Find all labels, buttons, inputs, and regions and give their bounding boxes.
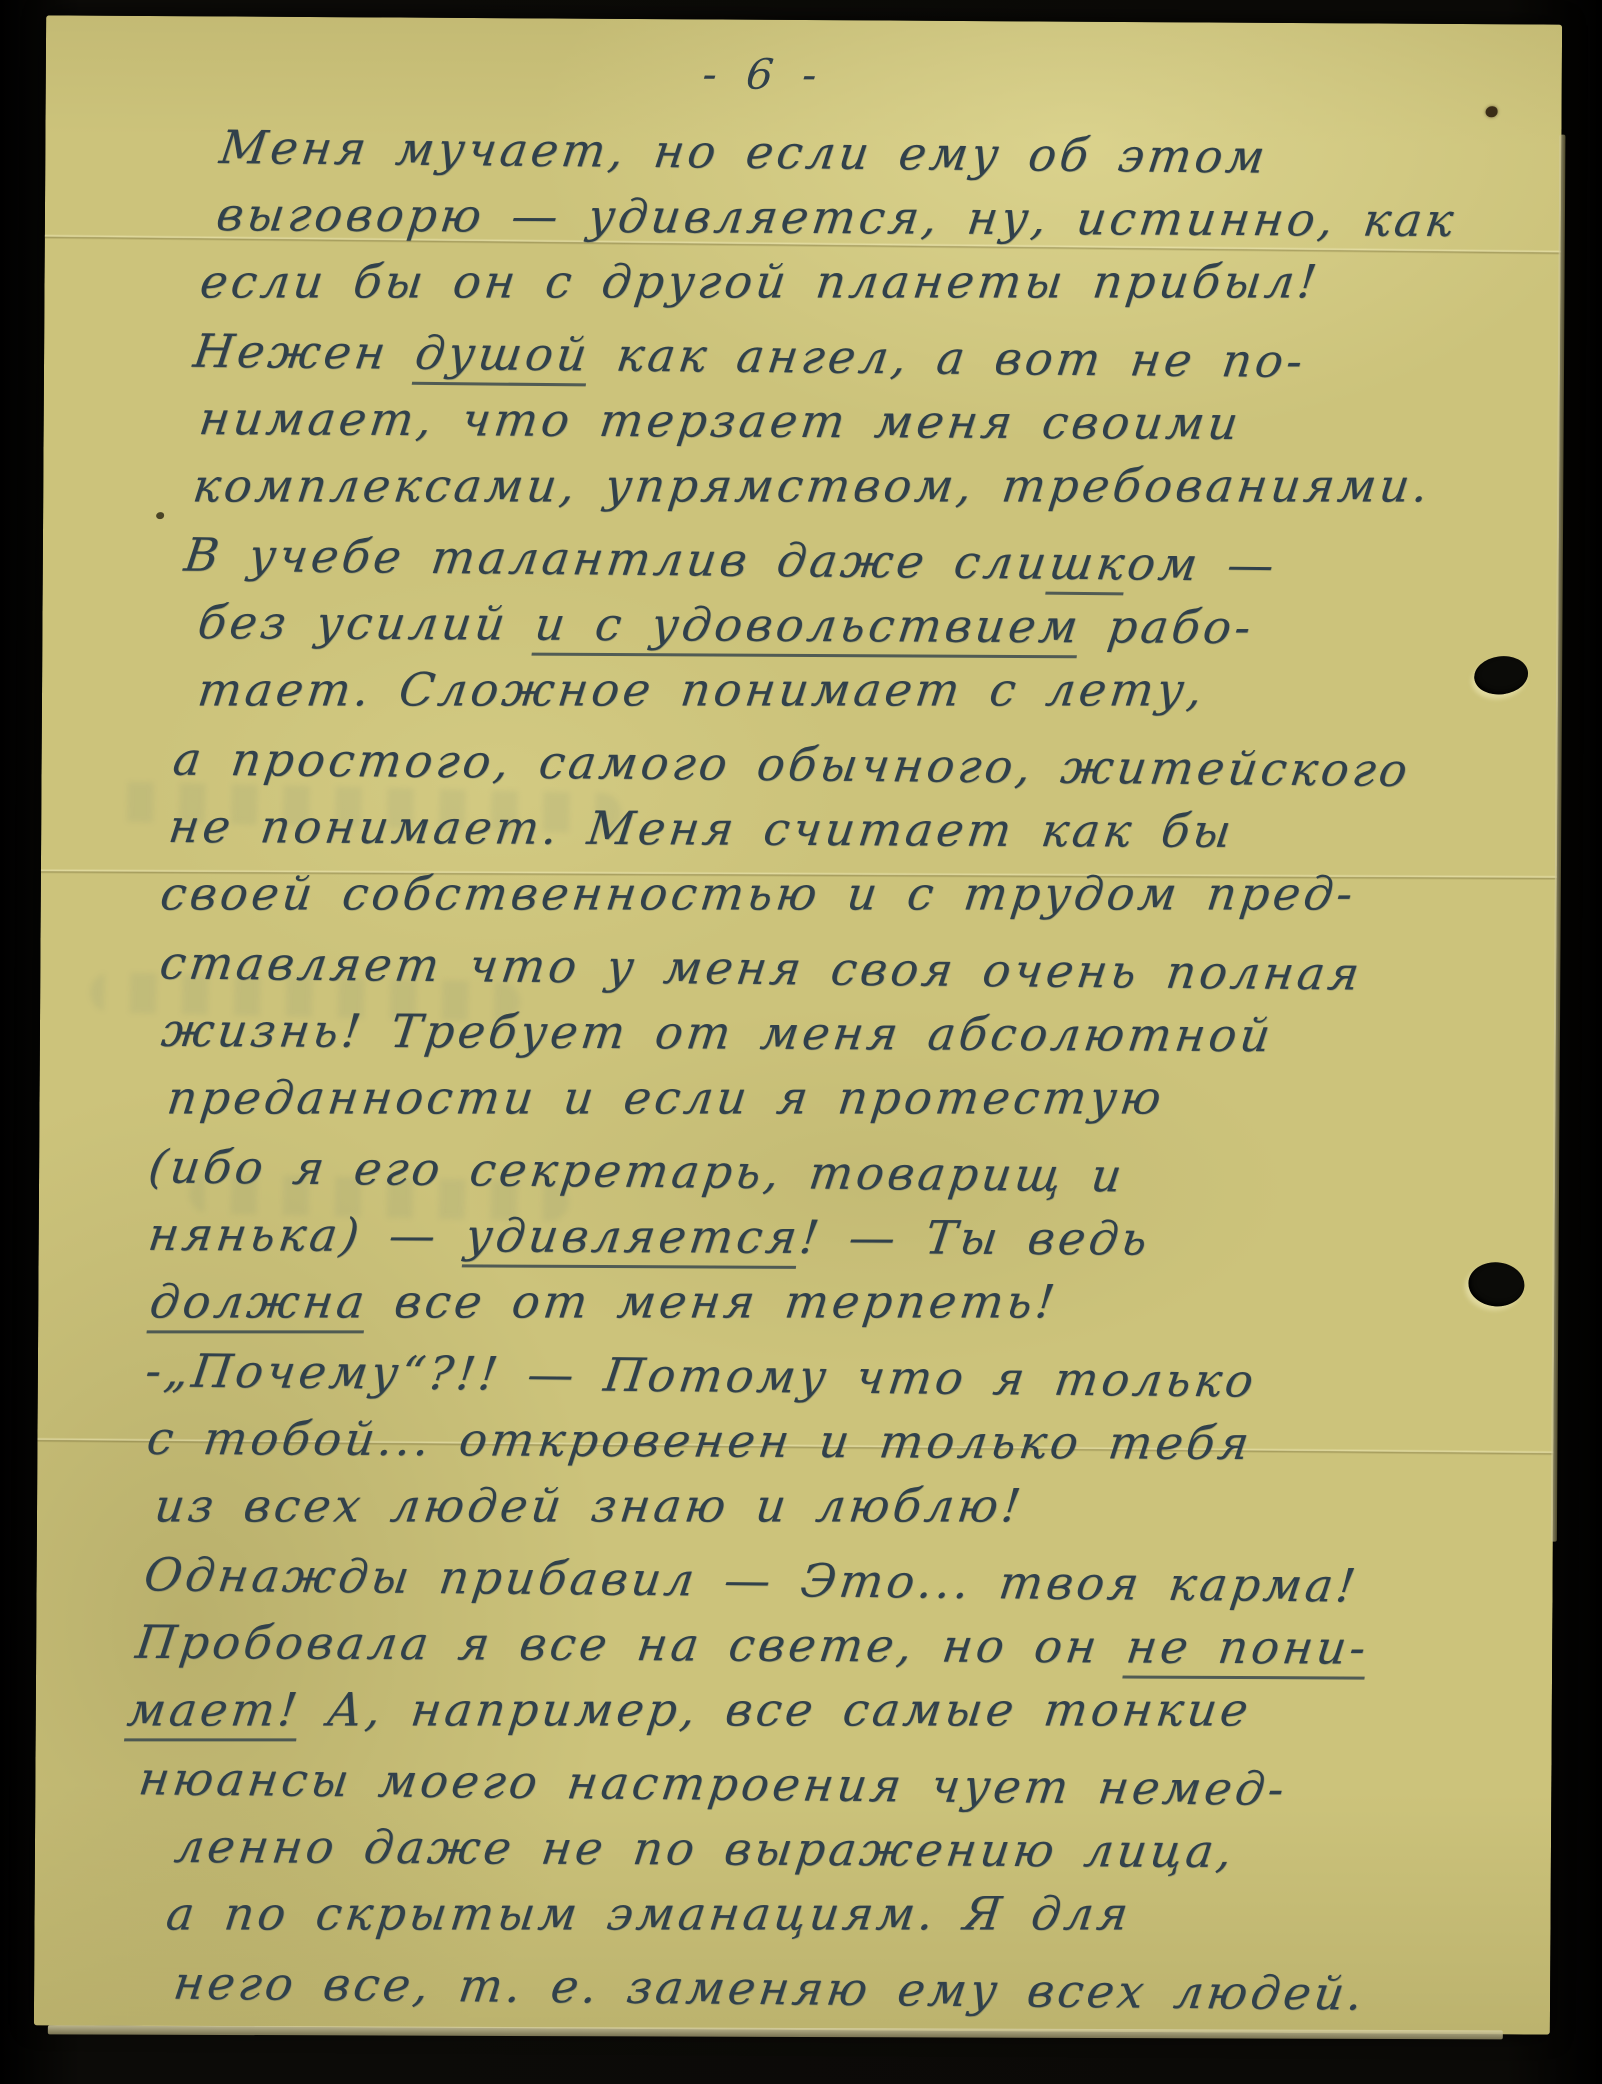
paper-edge-highlight-bottom bbox=[48, 2025, 1503, 2039]
handwritten-text: ленно даже не по выражению лица, bbox=[172, 1819, 1239, 1878]
handwritten-text: Нежен bbox=[190, 324, 419, 380]
handwritten-text: преданности и если я протестую bbox=[164, 1070, 1167, 1124]
handwritten-text: своей собственностью и с трудом пред- bbox=[158, 866, 1359, 920]
letter-line: а по скрытым эманациям. Я для bbox=[30, 1879, 1555, 1947]
handwritten-text: В учебе талантлив даже сли bbox=[181, 528, 1053, 590]
handwritten-text: ставляет что у меня своя очень полная bbox=[157, 936, 1366, 1001]
letter-line: преданности и если я протестую bbox=[35, 1063, 1560, 1131]
handwritten-text: выговорю — удивляется, ну, истинно, как bbox=[214, 187, 1460, 247]
letter-line: без усилий и с удовольствием рабо- bbox=[38, 587, 1563, 662]
handwritten-text: Пробовала я все на свете, но он bbox=[133, 1615, 1130, 1674]
handwritten-text: Однажды прибавил — Это... твоя карма! bbox=[141, 1547, 1362, 1612]
handwritten-text: из всех людей знаю и люблю! bbox=[152, 1478, 1027, 1532]
letter-line: жизнь! Требует от меня абсолютной bbox=[36, 995, 1561, 1070]
handwritten-text: если бы он с другой планеты прибыл! bbox=[197, 254, 1323, 308]
letter-line: комплексами, упрямством, требованиями. bbox=[39, 451, 1564, 519]
underlined-text: душой bbox=[412, 326, 594, 387]
letter-line: выговорю — удивляется, ну, истинно, как bbox=[41, 179, 1566, 254]
letter-line: ленно даже не по выражению лица, bbox=[31, 1811, 1556, 1886]
handwritten-text: все от меня терпеть! bbox=[364, 1274, 1061, 1328]
handwritten-text: без усилий bbox=[195, 595, 539, 651]
handwritten-text: ! — Ты ведь bbox=[797, 1210, 1154, 1266]
letter-line: из всех людей знаю и люблю! bbox=[33, 1471, 1558, 1539]
handwritten-text: а по скрытым эманациям. Я для bbox=[163, 1886, 1134, 1940]
underlined-text: и с удовольствием bbox=[531, 597, 1084, 659]
handwritten-text: тает. Сложное понимает с лету, bbox=[195, 662, 1209, 716]
handwritten-text: с тобой... откровенен и только тебя bbox=[144, 1411, 1256, 1470]
handwritten-text: нимает, что терзает меня своими bbox=[196, 391, 1244, 450]
underlined-text: шк bbox=[1045, 536, 1131, 596]
letter-line: Пробовала я все на свете, но он не пони- bbox=[32, 1607, 1557, 1682]
underlined-text: не пони- bbox=[1123, 1620, 1372, 1680]
letter-line: нимает, что терзает меня своими bbox=[39, 383, 1564, 458]
handwritten-text: него все, т. е. заменяю ему всех людей. bbox=[171, 1956, 1370, 2021]
handwritten-text: нянька) — bbox=[145, 1207, 469, 1262]
handwritten-text: ом — bbox=[1124, 536, 1281, 591]
letter-line: тает. Сложное понимает с лету, bbox=[38, 655, 1563, 723]
letter-line: нянька) — удивляется! — Ты ведь bbox=[34, 1199, 1559, 1274]
handwritten-text: а простого, самого обычного, житейского bbox=[170, 732, 1414, 797]
underlined-text: мает! bbox=[124, 1682, 304, 1741]
letter-line: не понимает. Меня считает как бы bbox=[37, 791, 1562, 866]
handwritten-text: А, например, все самые тонкие bbox=[297, 1682, 1254, 1736]
letter-line: с тобой... откровенен и только тебя bbox=[33, 1403, 1558, 1478]
handwritten-text: как ангел, а вот не по- bbox=[586, 327, 1309, 388]
letter-body: Меня мучает, но если ему об этомвыговорю… bbox=[34, 111, 1562, 2024]
handwritten-text: нюансы моего настроения чует немед- bbox=[136, 1751, 1291, 1816]
handwritten-text: комплексами, упрямством, требованиями. bbox=[190, 458, 1434, 512]
letter-page: - 6 - Меня мучает, но если ему об этомвы… bbox=[34, 15, 1562, 2034]
underlined-text: удивляется bbox=[462, 1208, 804, 1269]
paper-blemish bbox=[1486, 106, 1498, 117]
letter-line: своей собственностью и с трудом пред- bbox=[37, 859, 1562, 927]
letter-line: если бы он с другой планеты прибыл! bbox=[40, 247, 1565, 315]
handwritten-text: -„Почему“?!! — Потому что я только bbox=[142, 1343, 1260, 1407]
scan-background: - 6 - Меня мучает, но если ему об этомвы… bbox=[0, 0, 1602, 2084]
underlined-text: должна bbox=[146, 1274, 371, 1333]
handwritten-text: рабо- bbox=[1078, 599, 1258, 654]
handwritten-text: (ибо я его секретарь, товарищ и bbox=[146, 1139, 1129, 1202]
handwritten-text: жизнь! Требует от меня абсолютной bbox=[159, 1003, 1277, 1062]
handwritten-text: не понимает. Меня считает как бы bbox=[166, 799, 1238, 858]
handwritten-text: Меня мучает, но если ему об этом bbox=[217, 120, 1272, 184]
letter-line: мает! А, например, все самые тонкие bbox=[32, 1675, 1557, 1743]
letter-line: должна все от меня терпеть! bbox=[34, 1267, 1559, 1335]
letter-line: него все, т. е. заменяю ему всех людей. bbox=[30, 1947, 1554, 2029]
ink-speck bbox=[156, 512, 164, 519]
page-number: - 6 - bbox=[651, 49, 876, 99]
